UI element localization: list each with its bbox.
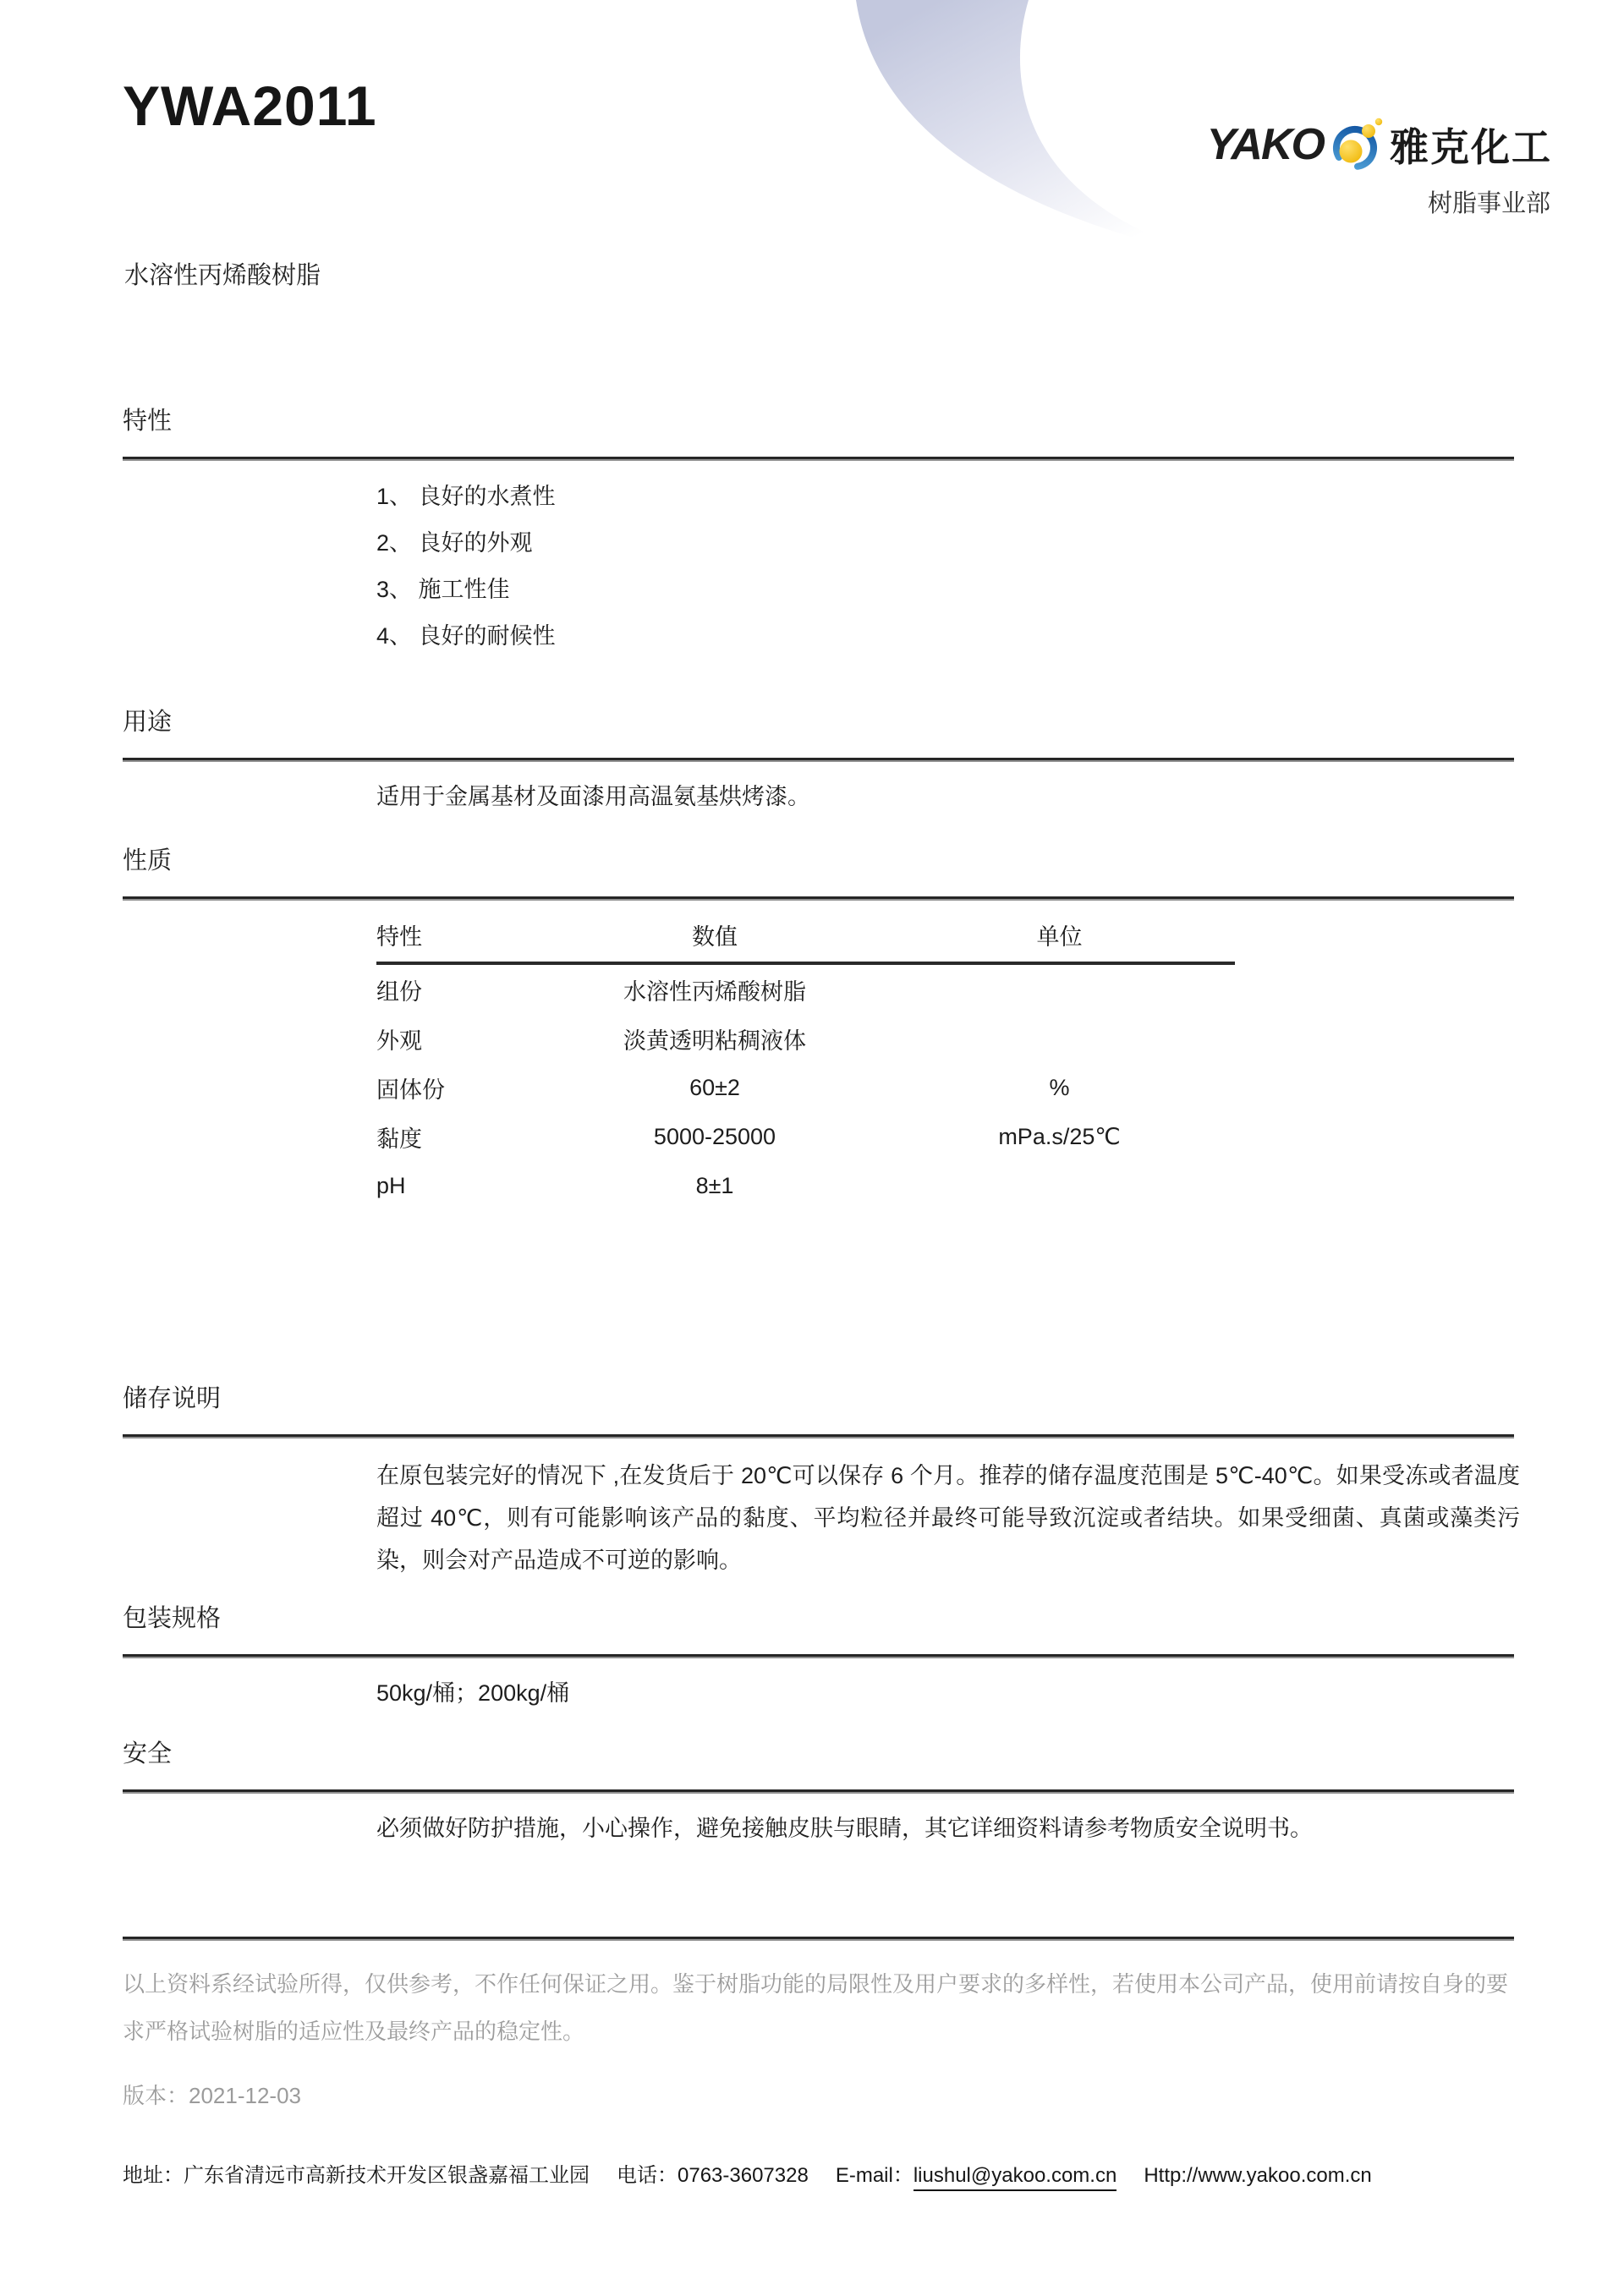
footer-rule [123,1937,1514,1942]
cell-value: 淡黄透明粘稠液体 [546,1022,884,1055]
section-properties: 性质 特性 数值 单位 组份 水溶性丙烯酸树脂 外观 淡黄透明粘稠液体 固体份 … [123,846,1514,1210]
division-label: 树脂事业部 [1133,184,1552,219]
contact-line: 地址：广东省清远市高新技术开发区银盏嘉福工业园 电话：0763-3607328 … [123,2158,1372,2191]
brand-row: YAKO 雅克化工 [1133,117,1552,173]
properties-table-header: 特性 数值 单位 [376,918,1235,951]
section-rule [123,758,1514,763]
col-header-value: 数值 [546,918,884,951]
cell-name: 外观 [376,1022,546,1055]
section-storage: 储存说明 在原包装完好的情况下 ,在发货后于 20℃可以保存 6 个月。推荐的储… [123,1384,1514,1581]
safety-heading: 安全 [123,1739,1514,1769]
storage-heading: 储存说明 [123,1384,1514,1414]
brand-block: YAKO 雅克化工 树脂事业部 [1133,117,1552,219]
company-name-cn: 雅克化工 [1390,117,1552,173]
disclaimer-text: 以上资料系经试验所得，仅供参考，不作任何保证之用。鉴于树脂功能的局限性及用户要求… [123,1960,1514,2055]
usage-heading: 用途 [123,707,1514,737]
properties-table: 特性 数值 单位 组份 水溶性丙烯酸树脂 外观 淡黄透明粘稠液体 固体份 60±… [376,918,1235,1210]
table-row: 黏度 5000-25000 mPa.s/25℃ [376,1112,1235,1161]
website-label: Http://www.yakoo.com.cn [1144,2164,1371,2188]
feature-item: 3、 施工性佳 [376,567,1514,613]
section-rule [123,1434,1514,1439]
properties-heading: 性质 [123,846,1514,876]
feature-item: 2、 良好的外观 [376,520,1514,567]
section-packaging: 包装规格 50kg/桶；200kg/桶 [123,1603,1514,1710]
cell-name: 固体份 [376,1071,546,1104]
cell-value: 水溶性丙烯酸树脂 [546,973,884,1006]
feature-item: 1、 良好的水煮性 [376,474,1514,520]
usage-text: 适用于金属基材及面漆用高温氨基烘烤漆。 [376,780,1514,814]
version-label: 版本：2021-12-03 [123,2079,301,2110]
yako-logo-icon [1329,117,1385,173]
table-row: 外观 淡黄透明粘稠液体 [376,1014,1235,1063]
cell-name: pH [376,1173,546,1199]
email-link[interactable]: liushul@yakoo.com.cn [913,2164,1116,2191]
col-header-property: 特性 [376,918,546,951]
email-label: E-mail： [836,2158,913,2188]
yako-wordmark: YAKO [1207,119,1324,170]
address-label: 地址：广东省清远市高新技术开发区银盏嘉福工业园 [123,2158,590,2188]
cell-value: 60±2 [546,1075,884,1101]
safety-text: 必须做好防护措施，小心操作，避免接触皮肤与眼睛，其它详细资料请参考物质安全说明书… [376,1811,1514,1845]
storage-text: 在原包装完好的情况下 ,在发货后于 20℃可以保存 6 个月。推荐的储存温度范围… [376,1455,1520,1581]
features-heading: 特性 [123,406,1514,436]
feature-item: 4、 良好的耐候性 [376,613,1514,660]
product-title: YWA2011 [123,78,377,134]
packaging-heading: 包装规格 [123,1603,1514,1634]
phone-label: 电话：0763-3607328 [617,2158,809,2188]
table-row: 组份 水溶性丙烯酸树脂 [376,965,1235,1014]
features-list: 1、 良好的水煮性 2、 良好的外观 3、 施工性佳 4、 良好的耐候性 [376,474,1514,660]
section-rule [123,1654,1514,1659]
section-usage: 用途 适用于金属基材及面漆用高温氨基烘烤漆。 [123,707,1514,814]
section-features: 特性 1、 良好的水煮性 2、 良好的外观 3、 施工性佳 4、 良好的耐候性 [123,406,1514,660]
cell-value: 5000-25000 [546,1124,884,1150]
cell-name: 黏度 [376,1121,546,1153]
footer-block: 以上资料系经试验所得，仅供参考，不作任何保证之用。鉴于树脂功能的局限性及用户要求… [123,1937,1514,2055]
cell-value: 8±1 [546,1173,884,1199]
product-subtitle: 水溶性丙烯酸树脂 [124,256,321,291]
cell-unit: mPa.s/25℃ [884,1124,1235,1150]
cell-name: 组份 [376,973,546,1006]
section-safety: 安全 必须做好防护措施，小心操作，避免接触皮肤与眼睛，其它详细资料请参考物质安全… [123,1739,1514,1845]
col-header-unit: 单位 [884,918,1235,951]
cell-unit: % [884,1075,1235,1101]
section-rule [123,896,1514,901]
section-rule [123,457,1514,462]
section-rule [123,1789,1514,1795]
table-row: 固体份 60±2 % [376,1063,1235,1112]
packaging-text: 50kg/桶；200kg/桶 [376,1676,1514,1710]
table-row: pH 8±1 [376,1161,1235,1210]
